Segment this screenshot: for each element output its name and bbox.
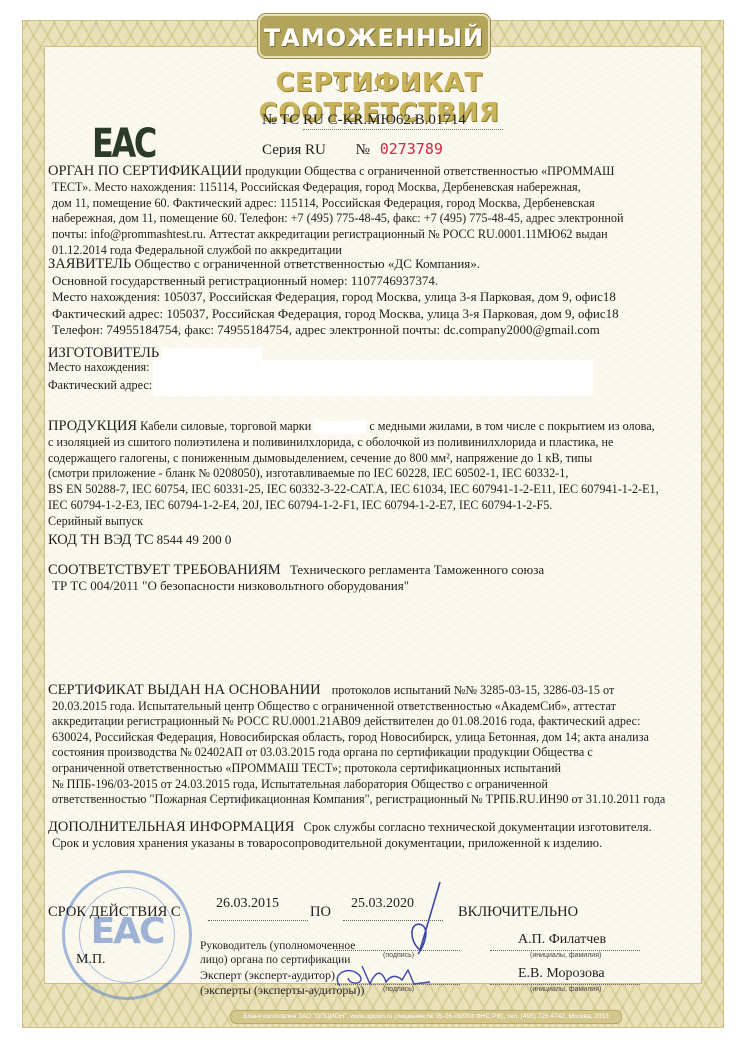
name-line <box>490 950 640 951</box>
text-line: Технического регламента Таможенного союз… <box>290 562 544 577</box>
section-heading: СООТВЕТСТВУЕТ ТРЕБОВАНИЯМ <box>48 562 281 578</box>
redacted-area <box>162 348 262 360</box>
text-line: 630024, Российская Федерация, Новосибирс… <box>48 730 708 746</box>
section-heading: ОРГАН ПО СЕРТИФИКАЦИИ <box>48 163 242 179</box>
expert-name: Е.В. Морозова <box>518 966 605 982</box>
serial-prefix: № <box>356 142 370 158</box>
product-section: ПРОДУКЦИЯ Кабели силовые, торговой марки… <box>48 419 708 530</box>
customs-union-banner: ТАМОЖЕННЫЙ СОЮЗ <box>258 14 490 58</box>
redacted-area <box>153 360 593 396</box>
text-line: протоколов испытаний №№ 3285-03-15, 3286… <box>332 683 615 697</box>
text-line: продукции Общества с ограниченной ответс… <box>245 164 614 178</box>
text-line: Серийный выпуск <box>48 514 708 530</box>
text-line: ограниченной ответственностью «ПРОММАШ Т… <box>48 761 708 777</box>
text-line: аккредитации регистрационный № РОСС RU.0… <box>48 714 708 730</box>
text-line: Фактический адрес: 105037, Российская Фе… <box>48 306 708 323</box>
text-line: Телефон: 74955184754, факс: 74955184754,… <box>48 322 708 339</box>
text-line: Срок и условия хранения указаны в товаро… <box>48 836 708 852</box>
text-line: дом 11, помещение 60. Фактический адрес:… <box>48 196 708 212</box>
initials-caption: (инициалы, фамилия) <box>530 986 601 993</box>
head-name: А.П. Филатчев <box>518 932 606 948</box>
validity-from-date: 26.03.2015 <box>216 896 279 912</box>
validity-from-label: СРОК ДЕЙСТВИЯ С <box>48 904 181 921</box>
stamp-place-label: М.П. <box>76 952 106 968</box>
actual-address-label: Фактический адрес: <box>48 378 152 392</box>
serial-number: 0273789 <box>380 140 443 158</box>
location-label: Место нахождения: <box>48 360 150 374</box>
conformity-section: СООТВЕТСТВУЕТ ТРЕБОВАНИЯМ Технического р… <box>48 562 708 594</box>
date-underline <box>208 920 308 921</box>
text-line: Кабели силовые, торговой марки <box>140 419 311 433</box>
text-line: набережная, дом 11, помещение 60. Телефо… <box>48 211 708 227</box>
text-line: с медными жилами, в том числе с покрытие… <box>369 419 654 433</box>
initials-caption: (инициалы, фамилия) <box>530 952 601 959</box>
hs-code-section: КОД ТН ВЭД ТС 8544 49 200 0 <box>48 532 708 549</box>
number-value: RU C-KR.МЮ62.B.01714 <box>303 112 503 130</box>
section-heading: ПРОДУКЦИЯ <box>48 418 137 434</box>
number-label: № ТС <box>262 112 299 128</box>
text-line: Основной государственный регистрационный… <box>48 273 708 290</box>
section-heading: ЗАЯВИТЕЛЬ <box>48 256 131 272</box>
certification-body-section: ОРГАН ПО СЕРТИФИКАЦИИ продукции Общества… <box>48 164 708 259</box>
text-line: ТЕСТ». Место нахождения: 115114, Российс… <box>48 180 708 196</box>
applicant-section: ЗАЯВИТЕЛЬ Общество с ограниченной ответс… <box>48 256 708 339</box>
text-line: Общество с ограниченной ответственностью… <box>134 256 480 271</box>
section-heading: КОД ТН ВЭД ТС <box>48 532 154 548</box>
text-line: ответственностью "Пожарная Сертификацион… <box>48 792 708 808</box>
expert-signature-icon <box>330 956 440 996</box>
hs-code-value: 8544 49 200 0 <box>157 532 232 547</box>
validity-inclusive-label: ВКЛЮЧИТЕЛЬНО <box>458 904 578 921</box>
text-line: Место нахождения: 105037, Российская Фед… <box>48 289 708 306</box>
form-manufacturer-footer: Бланк изготовлен ЗАО "ОПЦИОН", www.opcio… <box>230 1010 622 1024</box>
section-heading: ИЗГОТОВИТЕЛЬ <box>48 345 159 361</box>
text-line: (смотри приложение - бланк № 0208050), и… <box>48 466 708 482</box>
section-heading: ДОПОЛНИТЕЛЬНАЯ ИНФОРМАЦИЯ <box>48 819 294 835</box>
text-line: состояния производства № 02402АП от 03.0… <box>48 745 708 761</box>
validity-to-label: ПО <box>310 904 331 921</box>
name-line <box>490 984 640 985</box>
seal-stamp-icon: ЕАС <box>62 870 192 1000</box>
text-line: BS EN 50288-7, IEC 60754, IEC 60331-25, … <box>48 482 708 498</box>
text-line: № ППБ-196/03-2015 от 24.03.2015 года, Ис… <box>48 777 708 793</box>
text-line: ТР ТС 004/2011 "О безопасности низковоль… <box>48 578 708 594</box>
text-line: почты: info@prommashtest.ru. Аттестат ак… <box>48 227 708 243</box>
text-line: 20.03.2015 года. Испытательный центр Общ… <box>48 699 708 715</box>
text-line: с изоляцией из сшитого полиэтилена и пол… <box>48 435 708 451</box>
series-label: Серия RU <box>262 142 326 158</box>
manufacturer-section: ИЗГОТОВИТЕЛЬ Место нахождения: Фактическ… <box>48 346 708 394</box>
basis-section: СЕРТИФИКАТ ВЫДАН НА ОСНОВАНИИ протоколов… <box>48 683 708 808</box>
certificate-number: № ТС RU C-KR.МЮ62.B.01714 <box>262 112 503 130</box>
text-line: Руководитель (уполномоченное <box>200 939 355 953</box>
additional-info-section: ДОПОЛНИТЕЛЬНАЯ ИНФОРМАЦИЯ Срок службы со… <box>48 820 708 852</box>
eac-logo-icon: ЕАС <box>92 121 155 167</box>
text-line: IEC 60794-1-2-E3, IEC 60794-1-2-E4, 20J,… <box>48 498 708 514</box>
text-line: содержащего галогены, с пониженным дымов… <box>48 451 708 467</box>
section-heading: СЕРТИФИКАТ ВЫДАН НА ОСНОВАНИИ <box>48 682 321 698</box>
certificate-series: Серия RU № 0273789 <box>262 140 443 159</box>
text-line: Срок службы согласно технической докумен… <box>304 820 652 834</box>
redacted-brand <box>314 421 366 434</box>
